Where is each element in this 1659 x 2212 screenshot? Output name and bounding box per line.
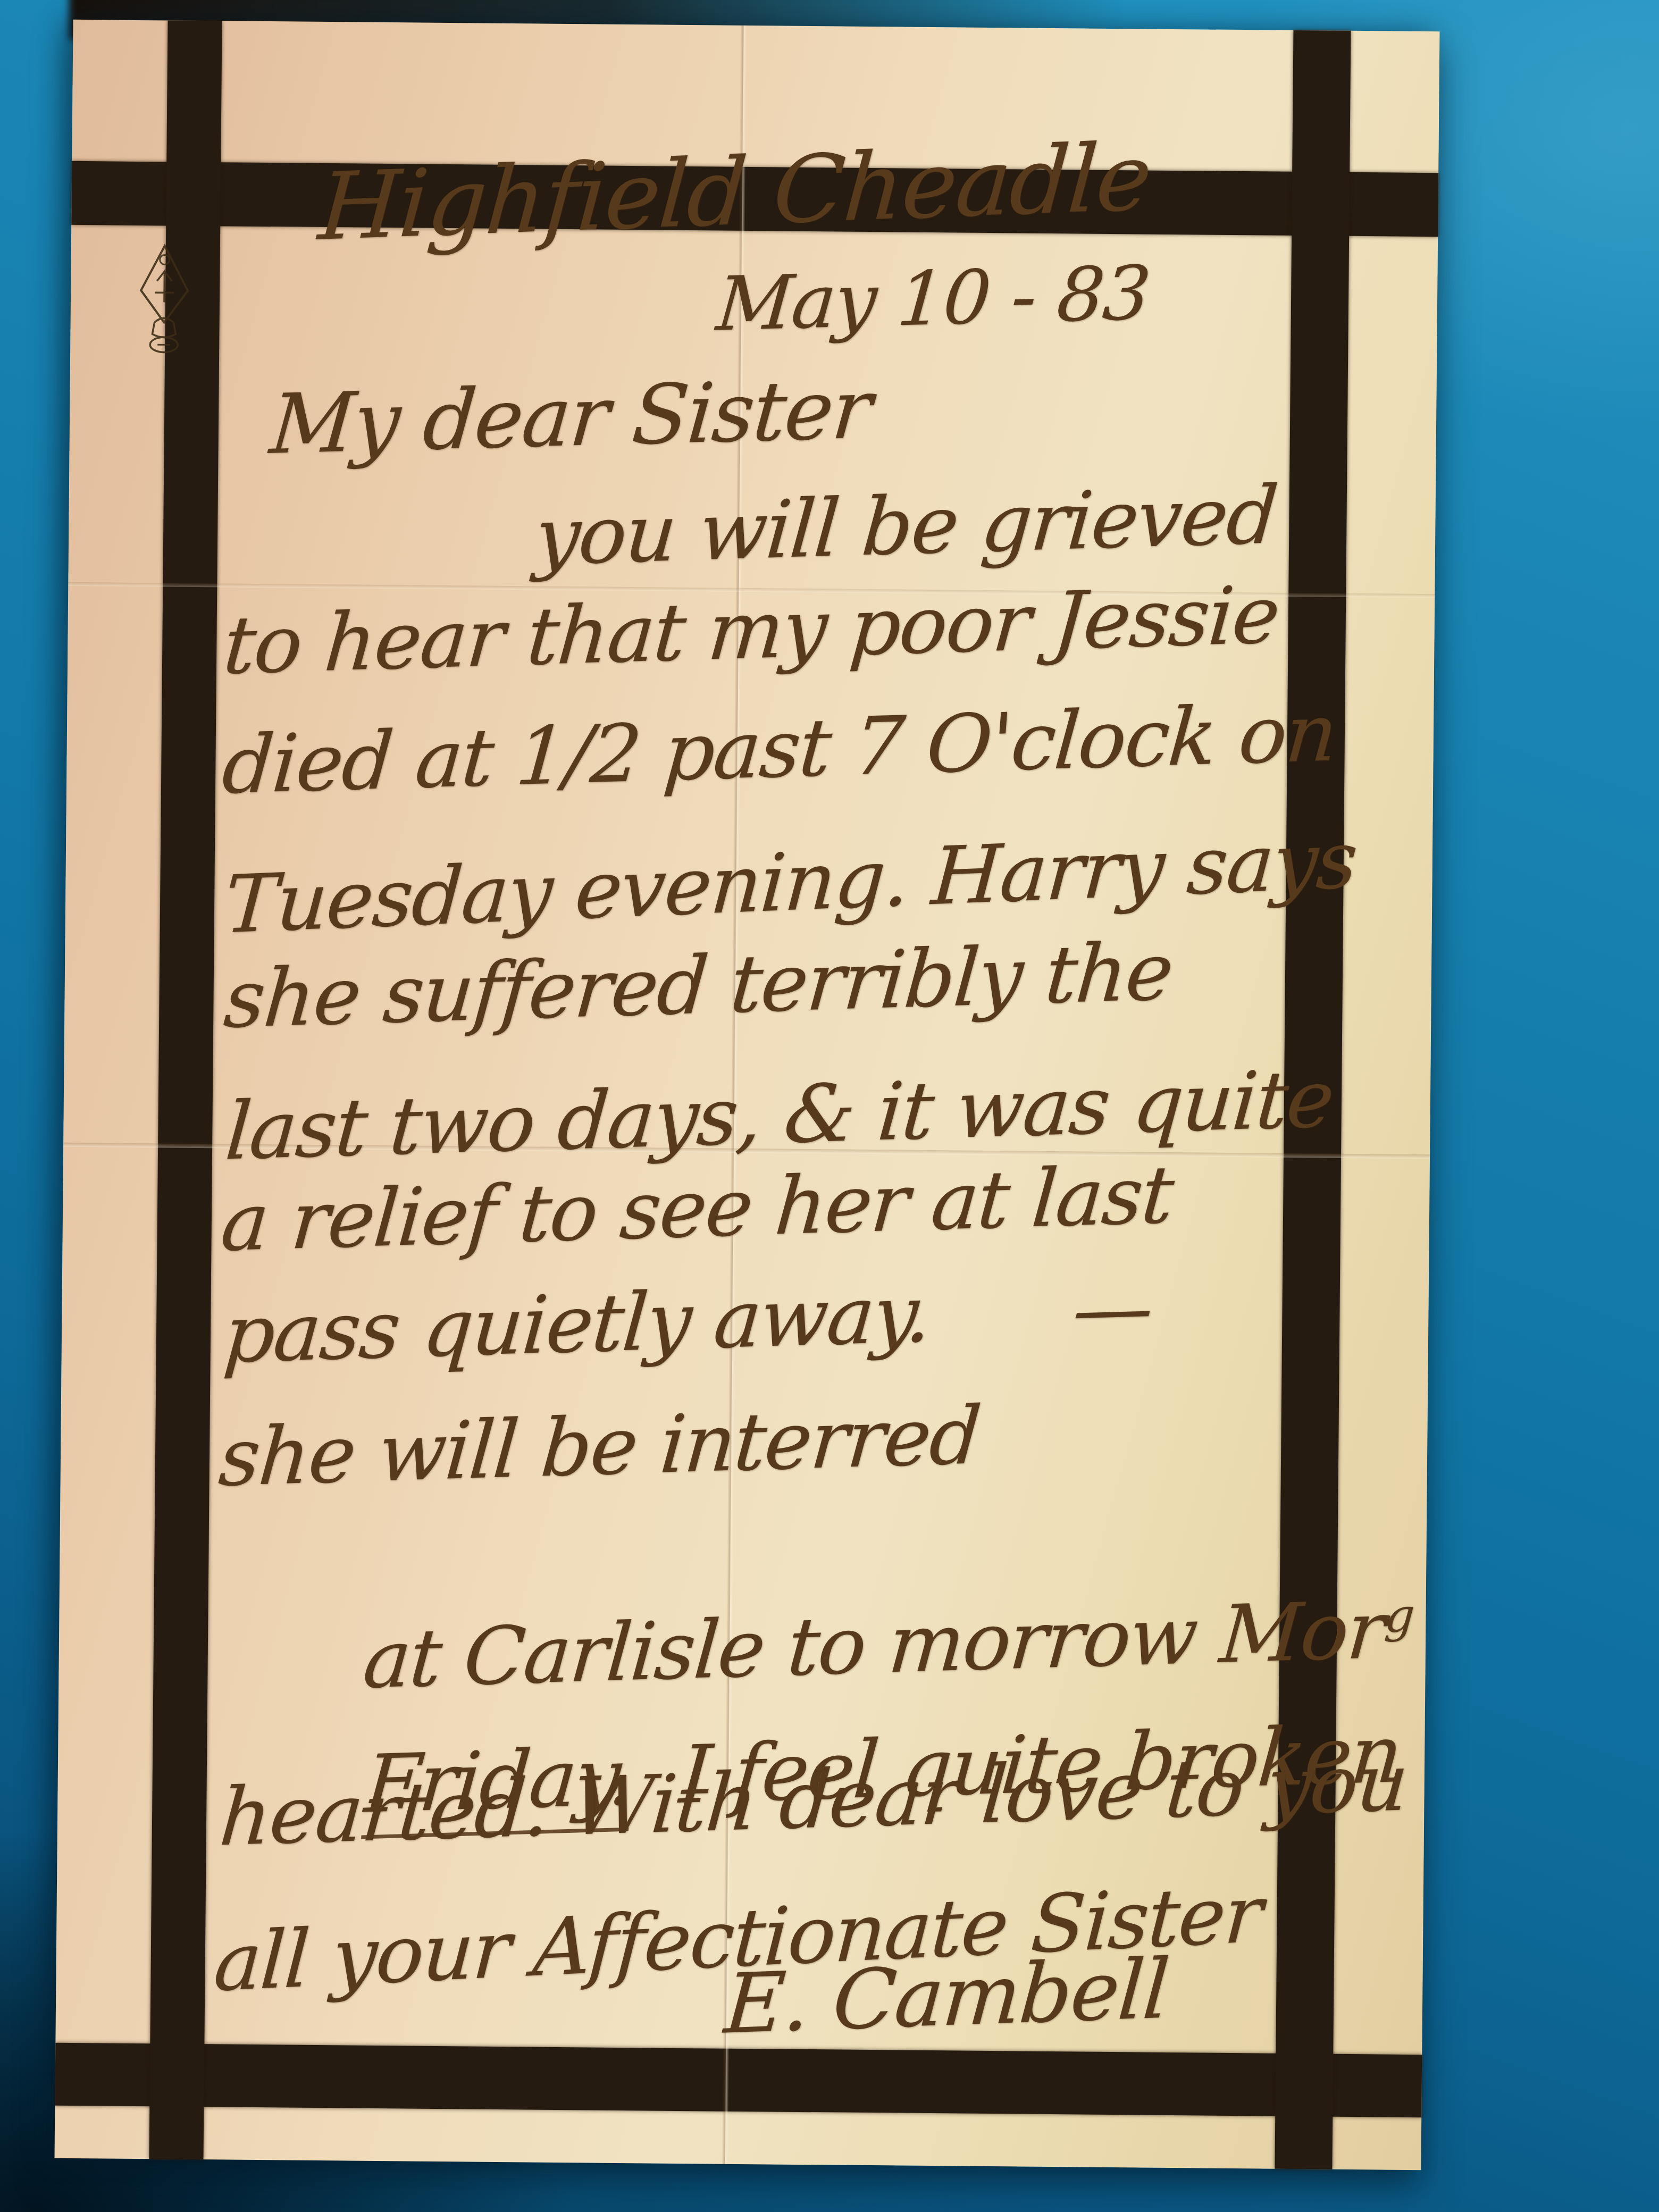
embossed-stamp-icon (138, 244, 190, 355)
letter-body-line: Tuesday evening. Harry says (222, 817, 1359, 949)
letter-body-line: died at 1/2 past 7 O'clock on (220, 690, 1339, 809)
letter-body-line: to hear that my poor Jessie (221, 572, 1281, 689)
letter-place-line: Highfield Cheadle (316, 127, 1154, 258)
letter-body-line: she will be interred (216, 1393, 983, 1501)
letter-date-line: May 10 - 83 (714, 253, 1152, 345)
mourning-border-bottom (55, 2043, 1422, 2117)
letter-body-line: you will be grieved (532, 473, 1279, 581)
letter-paper: Highfield Cheadle May 10 - 83 My dear Si… (54, 20, 1439, 2170)
letter-body-line: pass quietly away. — (221, 1264, 1154, 1378)
letter-body-line: she suffered terribly the (221, 929, 1175, 1043)
photo-background: Highfield Cheadle May 10 - 83 My dear Si… (0, 0, 1659, 2212)
letter-salutation: My dear Sister (267, 365, 874, 470)
letter-signature: E. Cambell (722, 1945, 1171, 2049)
